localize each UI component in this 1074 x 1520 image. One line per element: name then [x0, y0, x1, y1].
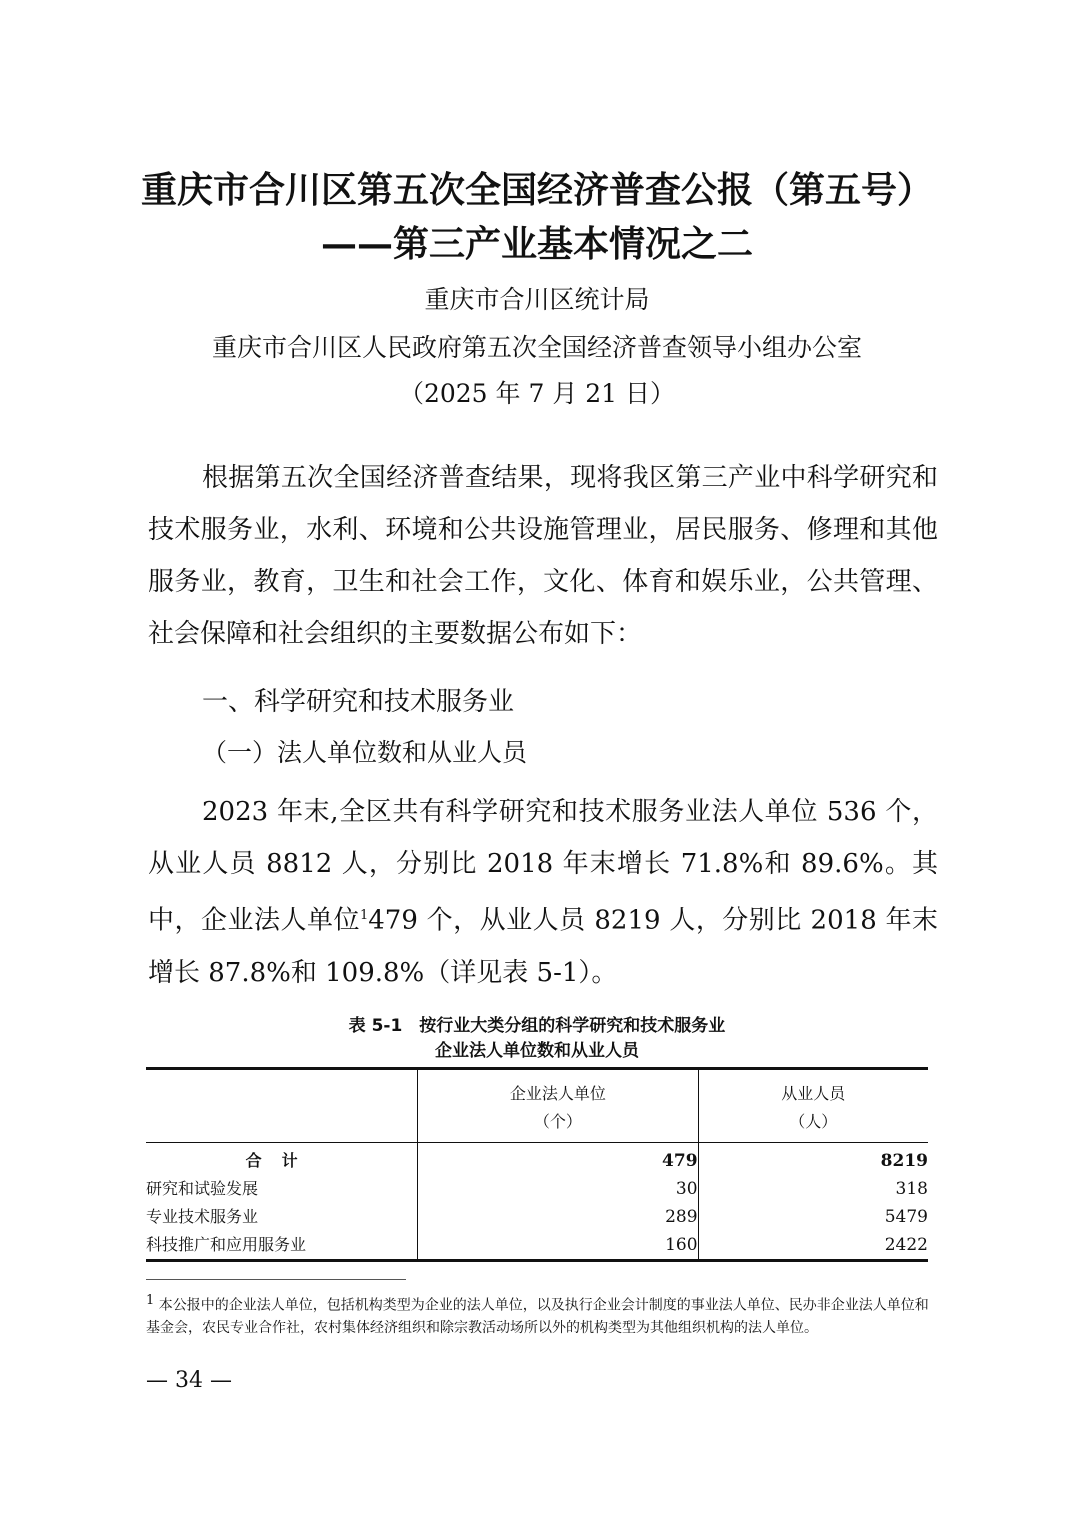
row-label: 专业技术服务业: [146, 1203, 418, 1231]
footnote-divider: [146, 1279, 406, 1280]
table-row: 研究和试验发展 30 318: [146, 1175, 928, 1203]
row-employees: 318: [698, 1175, 928, 1203]
table-row: 专业技术服务业 289 5479: [146, 1203, 928, 1231]
row-units: 160: [418, 1231, 698, 1261]
table-header-row: 企业法人单位 （个） 从业人员 （人）: [146, 1069, 928, 1143]
issuer-office: 重庆市合川区人民政府第五次全国经济普查领导小组办公室: [0, 328, 1074, 364]
footnote: 1 本公报中的企业法人单位，包括机构类型为企业的法人单位，以及执行企业会计制度的…: [146, 1290, 936, 1339]
row-units: 30: [418, 1175, 698, 1203]
header-units-label: 企业法人单位: [418, 1080, 697, 1108]
table-row-total: 合计 479 8219: [146, 1143, 928, 1176]
table-row: 科技推广和应用服务业 160 2422: [146, 1231, 928, 1261]
publish-date: （2025 年 7 月 21 日）: [0, 374, 1074, 410]
data-table: 企业法人单位 （个） 从业人员 （人） 合计 479 8219 研究和试验发展 …: [146, 1067, 928, 1262]
document-page: 重庆市合川区第五次全国经济普查公报（第五号） ——第三产业基本情况之二 重庆市合…: [0, 0, 1074, 1520]
table-caption-line2: 企业法人单位数和从业人员: [0, 1039, 1074, 1063]
footnote-text: 本公报中的企业法人单位，包括机构类型为企业的法人单位，以及执行企业会计制度的事业…: [146, 1298, 929, 1336]
page-title: 重庆市合川区第五次全国经济普查公报（第五号）: [0, 162, 1074, 213]
intro-paragraph: 根据第五次全国经济普查结果，现将我区第三产业中科学研究和技术服务业，水利、环境和…: [148, 452, 938, 660]
row-employees: 5479: [698, 1203, 928, 1231]
row-label: 合计: [146, 1143, 418, 1176]
table-header-employees: 从业人员 （人）: [698, 1069, 928, 1143]
section-heading: 一、科学研究和技术服务业: [202, 681, 514, 718]
section-subheading: （一）法人单位数和从业人员: [202, 733, 527, 769]
page-number: — 34 —: [146, 1368, 232, 1393]
table-header-units: 企业法人单位 （个）: [418, 1069, 698, 1143]
row-employees: 8219: [698, 1143, 928, 1176]
header-units-unit: （个）: [418, 1108, 697, 1136]
row-employees: 2422: [698, 1231, 928, 1261]
table-caption-line1: 表 5-1 按行业大类分组的科学研究和技术服务业: [0, 1014, 1074, 1038]
header-employees-unit: （人）: [699, 1108, 928, 1136]
page-subtitle: ——第三产业基本情况之二: [0, 216, 1074, 267]
table-header-empty: [146, 1069, 418, 1143]
body-paragraph: 2023 年末,全区共有科学研究和技术服务业法人单位 536 个，从业人员 88…: [148, 786, 938, 999]
issuer-bureau: 重庆市合川区统计局: [0, 280, 1074, 316]
header-employees-label: 从业人员: [699, 1080, 928, 1108]
footnote-marker: 1: [146, 1293, 154, 1308]
row-label: 科技推广和应用服务业: [146, 1231, 418, 1261]
row-units: 289: [418, 1203, 698, 1231]
row-units: 479: [418, 1143, 698, 1176]
row-label: 研究和试验发展: [146, 1175, 418, 1203]
